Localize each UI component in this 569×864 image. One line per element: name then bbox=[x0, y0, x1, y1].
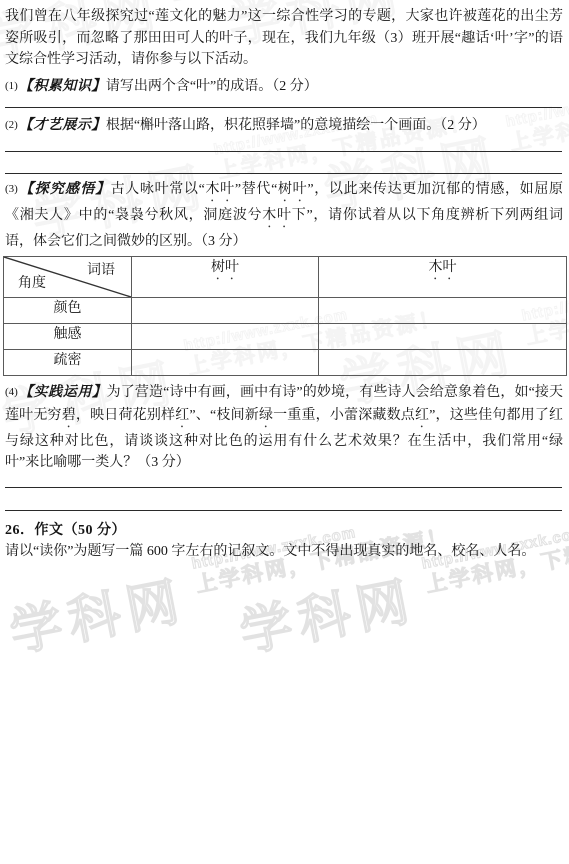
question-1: (1)【积累知识】请写出两个含“叶”的成语。（2 分） bbox=[5, 76, 563, 99]
table-corner-cell: 词语 角度 bbox=[4, 257, 132, 298]
table-row-touch: 触感 bbox=[4, 324, 567, 350]
blank-answer-cell bbox=[132, 350, 319, 376]
answer-line-q2-first bbox=[5, 151, 562, 152]
question-1-tag: 【积累知识】 bbox=[19, 79, 106, 94]
blank-answer-cell bbox=[319, 324, 567, 350]
intro-paragraph: 我们曾在八年级探究过“莲文化的魅力”这一综合性学习的专题，大家也许被莲花的出尘芳… bbox=[5, 6, 563, 71]
table-row-density: 疏密 bbox=[4, 350, 567, 376]
question-4-number: (4) bbox=[5, 386, 18, 398]
question-3-number: (3) bbox=[5, 183, 18, 195]
question-3-tag: 【探究感悟】 bbox=[19, 182, 111, 197]
emphasized-word: 碧 bbox=[62, 408, 76, 423]
question-1-number: (1) bbox=[5, 80, 18, 92]
angle-label-chugan: 触感 bbox=[4, 324, 132, 350]
question-1-text: 请写出两个含“叶”的成语。（2 分） bbox=[106, 79, 318, 94]
question-3: (3)【探究感悟】古人咏叶常以“木叶”替代“树叶”，以此来传达更加沉郁的情感，如… bbox=[5, 179, 563, 253]
column-header-muye: 木叶 bbox=[319, 257, 567, 298]
answer-line-q1 bbox=[5, 107, 562, 108]
essay-section-heading: 26．作文（50 分） bbox=[5, 520, 563, 542]
question-4-tag: 【实践运用】 bbox=[19, 385, 107, 400]
corner-label-jiaodu: 角度 bbox=[18, 273, 46, 295]
blank-answer-cell bbox=[319, 350, 567, 376]
angle-label-shumi: 疏密 bbox=[4, 350, 132, 376]
angle-label-yanse: 颜色 bbox=[4, 298, 132, 324]
zxxk-logo-watermark: 学科网 bbox=[236, 575, 420, 660]
emphasized-word: 红 bbox=[175, 408, 189, 423]
question-4: (4)【实践运用】为了营造“诗中有画，画中有诗”的妙境，有些诗人会给意象着色，如… bbox=[5, 382, 563, 474]
column-header-shuye-label: 树叶 bbox=[211, 260, 239, 275]
exam-page: 我们曾在八年级探究过“莲文化的魅力”这一综合性学习的专题，大家也许被莲花的出尘芳… bbox=[0, 0, 569, 563]
comparison-table: 词语 角度 树叶 木叶 颜色 触感 疏密 bbox=[3, 256, 567, 376]
essay-prompt: 请以“读你”为题写一篇 600 字左右的记叙文。文中不得出现真实的地名、校名、人… bbox=[5, 541, 563, 563]
table-row-color: 颜色 bbox=[4, 298, 567, 324]
blank-answer-cell bbox=[132, 298, 319, 324]
emphasized-word: 绿 bbox=[259, 408, 273, 423]
column-header-muye-label: 木叶 bbox=[429, 260, 457, 275]
blank-answer-cell bbox=[319, 298, 567, 324]
question-2-text: 根据“槲叶落山路，枳花照驿墙”的意境描绘一个画面。（2 分） bbox=[106, 118, 486, 133]
answer-line-q4-first bbox=[5, 487, 562, 488]
emphasized-word: 红 bbox=[415, 408, 429, 423]
question-2-tag: 【才艺展示】 bbox=[19, 118, 106, 133]
table-header-row: 词语 角度 树叶 木叶 bbox=[4, 257, 567, 298]
question-2: (2)【才艺展示】根据“槲叶落山路，枳花照驿墙”的意境描绘一个画面。（2 分） bbox=[5, 115, 563, 138]
corner-label-ciyu: 词语 bbox=[87, 260, 115, 282]
blank-answer-cell bbox=[132, 324, 319, 350]
emphasized-word: 木叶 bbox=[205, 182, 235, 197]
emphasized-word: 木叶 bbox=[262, 208, 291, 223]
zxxk-logo-watermark: 学科网 bbox=[6, 575, 190, 660]
answer-line-q2-second bbox=[5, 173, 562, 174]
emphasized-word: 树叶 bbox=[277, 182, 307, 197]
answer-line-q4-second bbox=[5, 510, 562, 511]
question-2-number: (2) bbox=[5, 119, 18, 131]
column-header-shuye: 树叶 bbox=[132, 257, 319, 298]
